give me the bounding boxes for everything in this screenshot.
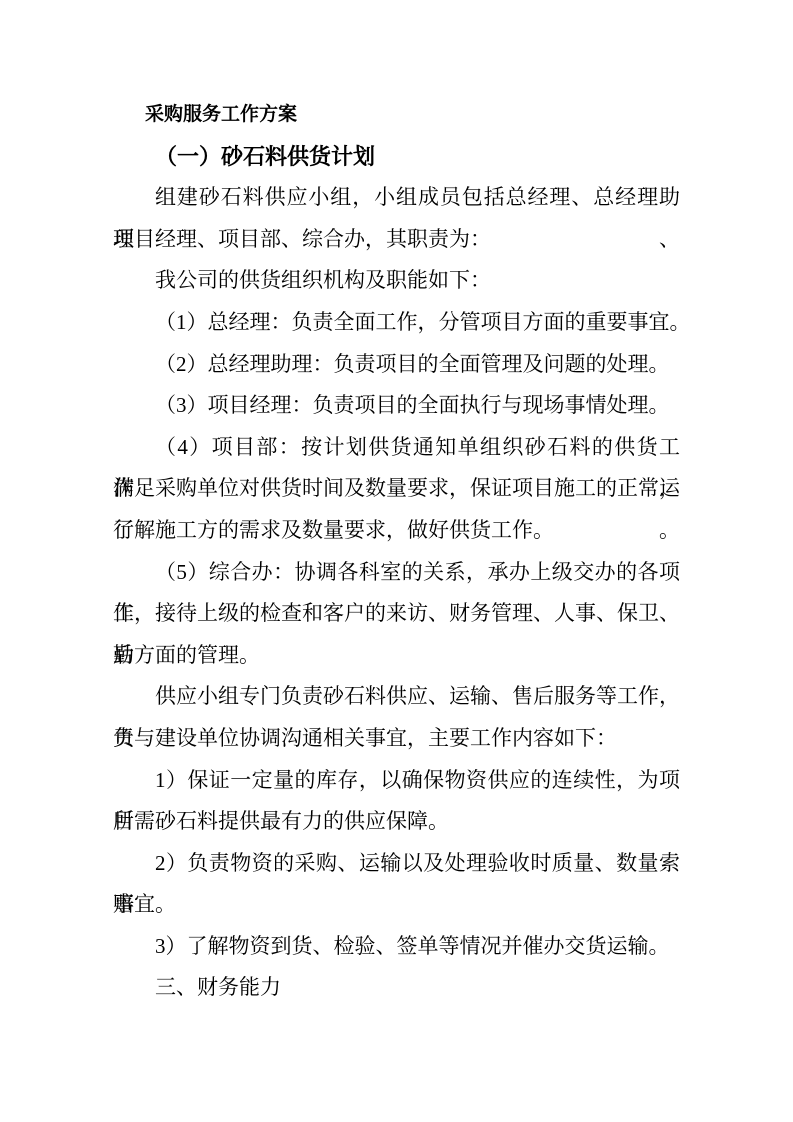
paragraph-line: （3）项目经理：负责项目的全面执行与现场事情处理。 [113,385,680,427]
paragraph-line: （2）总经理助理：负责项目的全面管理及问题的处理。 [113,344,680,386]
paragraph-line: 作，接待上级的检查和客户的来访、财务管理、人事、保卫、后 [113,593,680,635]
closing-heading: 三、财务能力 [113,967,680,1009]
paragraph-line: 事宜。 [113,884,680,926]
paragraph-line: 我公司的供货组织机构及职能如下： [113,260,680,302]
document-body: 采购服务工作方案 （一）砂石料供货计划 组建砂石料供应小组，小组成员包括总经理、… [113,94,680,1009]
paragraph-line: 所需砂石料提供最有力的供应保障。 [113,801,680,843]
section-heading: （一）砂石料供货计划 [113,136,680,178]
document-page: 采购服务工作方案 （一）砂石料供货计划 组建砂石料供应小组，小组成员包括总经理、… [0,0,793,1122]
paragraph-line: 勤方面的管理。 [113,635,680,677]
paragraph-line: 组建砂石料供应小组，小组成员包括总经理、总经理助理、 [113,177,680,219]
paragraph-line: 满足采购单位对供货时间及数量要求，保证项目施工的正常运行。 [113,468,680,510]
paragraph-line: （4）项目部：按计划供货通知单组织砂石料的供货工作， [113,427,680,469]
paragraph-line: 供应小组专门负责砂石料供应、运输、售后服务等工作，负 [113,676,680,718]
paragraph-line: 3）了解物资到货、检验、签单等情况并催办交货运输。 [113,926,680,968]
paragraph-line: 责与建设单位协调沟通相关事宜，主要工作内容如下： [113,718,680,760]
paragraph-line: 1）保证一定量的库存，以确保物资供应的连续性，为项目 [113,760,680,802]
paragraph-line: （5）综合办：协调各科室的关系，承办上级交办的各项工 [113,552,680,594]
paragraph-line: （1）总经理：负责全面工作，分管项目方面的重要事宜。 [113,302,680,344]
paragraph-line: 2）负责物资的采购、运输以及处理验收时质量、数量索赔 [113,843,680,885]
document-title: 采购服务工作方案 [113,94,680,136]
